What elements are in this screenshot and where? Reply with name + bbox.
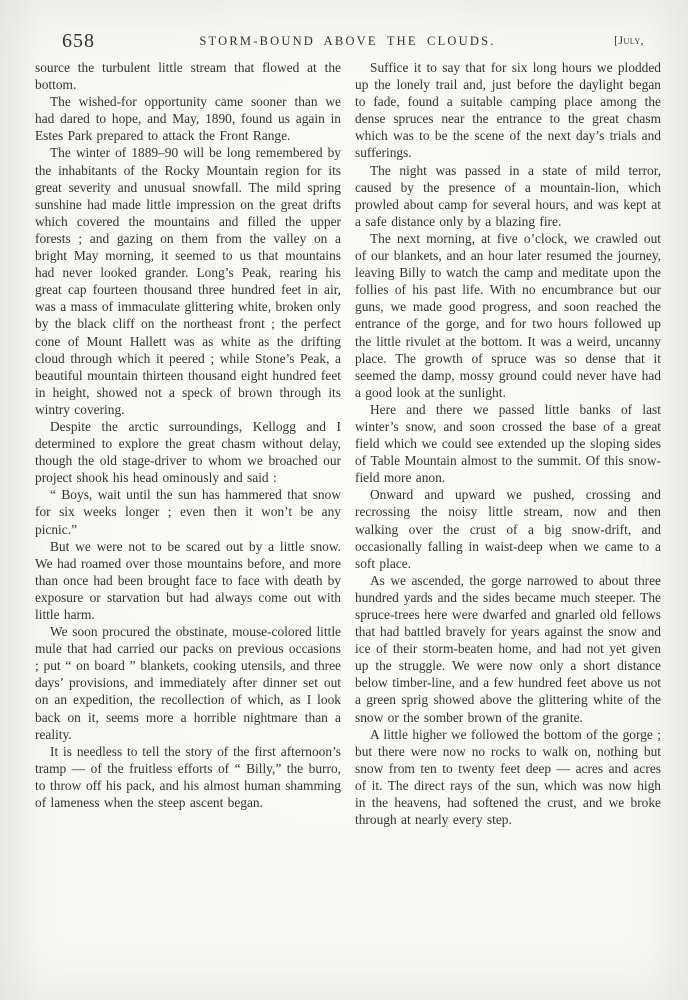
paragraph: As we ascended, the gorge narrowed to ab… [355, 572, 661, 726]
paragraph: Despite the arctic surroundings, Kellogg… [35, 418, 341, 486]
paragraph: Onward and upward we pushed, crossing an… [355, 486, 661, 571]
paragraph: A little higher we followed the bottom o… [355, 726, 661, 829]
paragraph: The wished-for opportunity came sooner t… [35, 93, 341, 144]
right-column: Suffice it to say that for six long hour… [355, 59, 661, 828]
text-columns: source the turbulent little stream that … [35, 59, 661, 828]
paragraph: The next morning, at five o’clock, we cr… [355, 230, 661, 401]
running-head: 658 STORM-BOUND ABOVE THE CLOUDS. [July, [35, 30, 660, 54]
paragraph: Suffice it to say that for six long hour… [355, 59, 661, 162]
paragraph: “ Boys, wait until the sun has hammered … [35, 486, 341, 537]
paragraph: Here and there we passed little banks of… [355, 401, 661, 486]
paragraph: The winter of 1889–90 will be long remem… [35, 144, 341, 418]
scanned-book-page: 658 STORM-BOUND ABOVE THE CLOUDS. [July,… [0, 0, 688, 1000]
folio-month: [July, [614, 35, 644, 47]
left-column: source the turbulent little stream that … [35, 59, 341, 828]
paragraph: We soon procured the obstinate, mouse-co… [35, 623, 341, 743]
paragraph: The night was passed in a state of mild … [355, 162, 661, 230]
running-title: STORM-BOUND ABOVE THE CLOUDS. [35, 34, 660, 49]
paragraph: But we were not to be scared out by a li… [35, 538, 341, 623]
paragraph: source the turbulent little stream that … [35, 59, 341, 93]
paragraph: It is needless to tell the story of the … [35, 743, 341, 811]
